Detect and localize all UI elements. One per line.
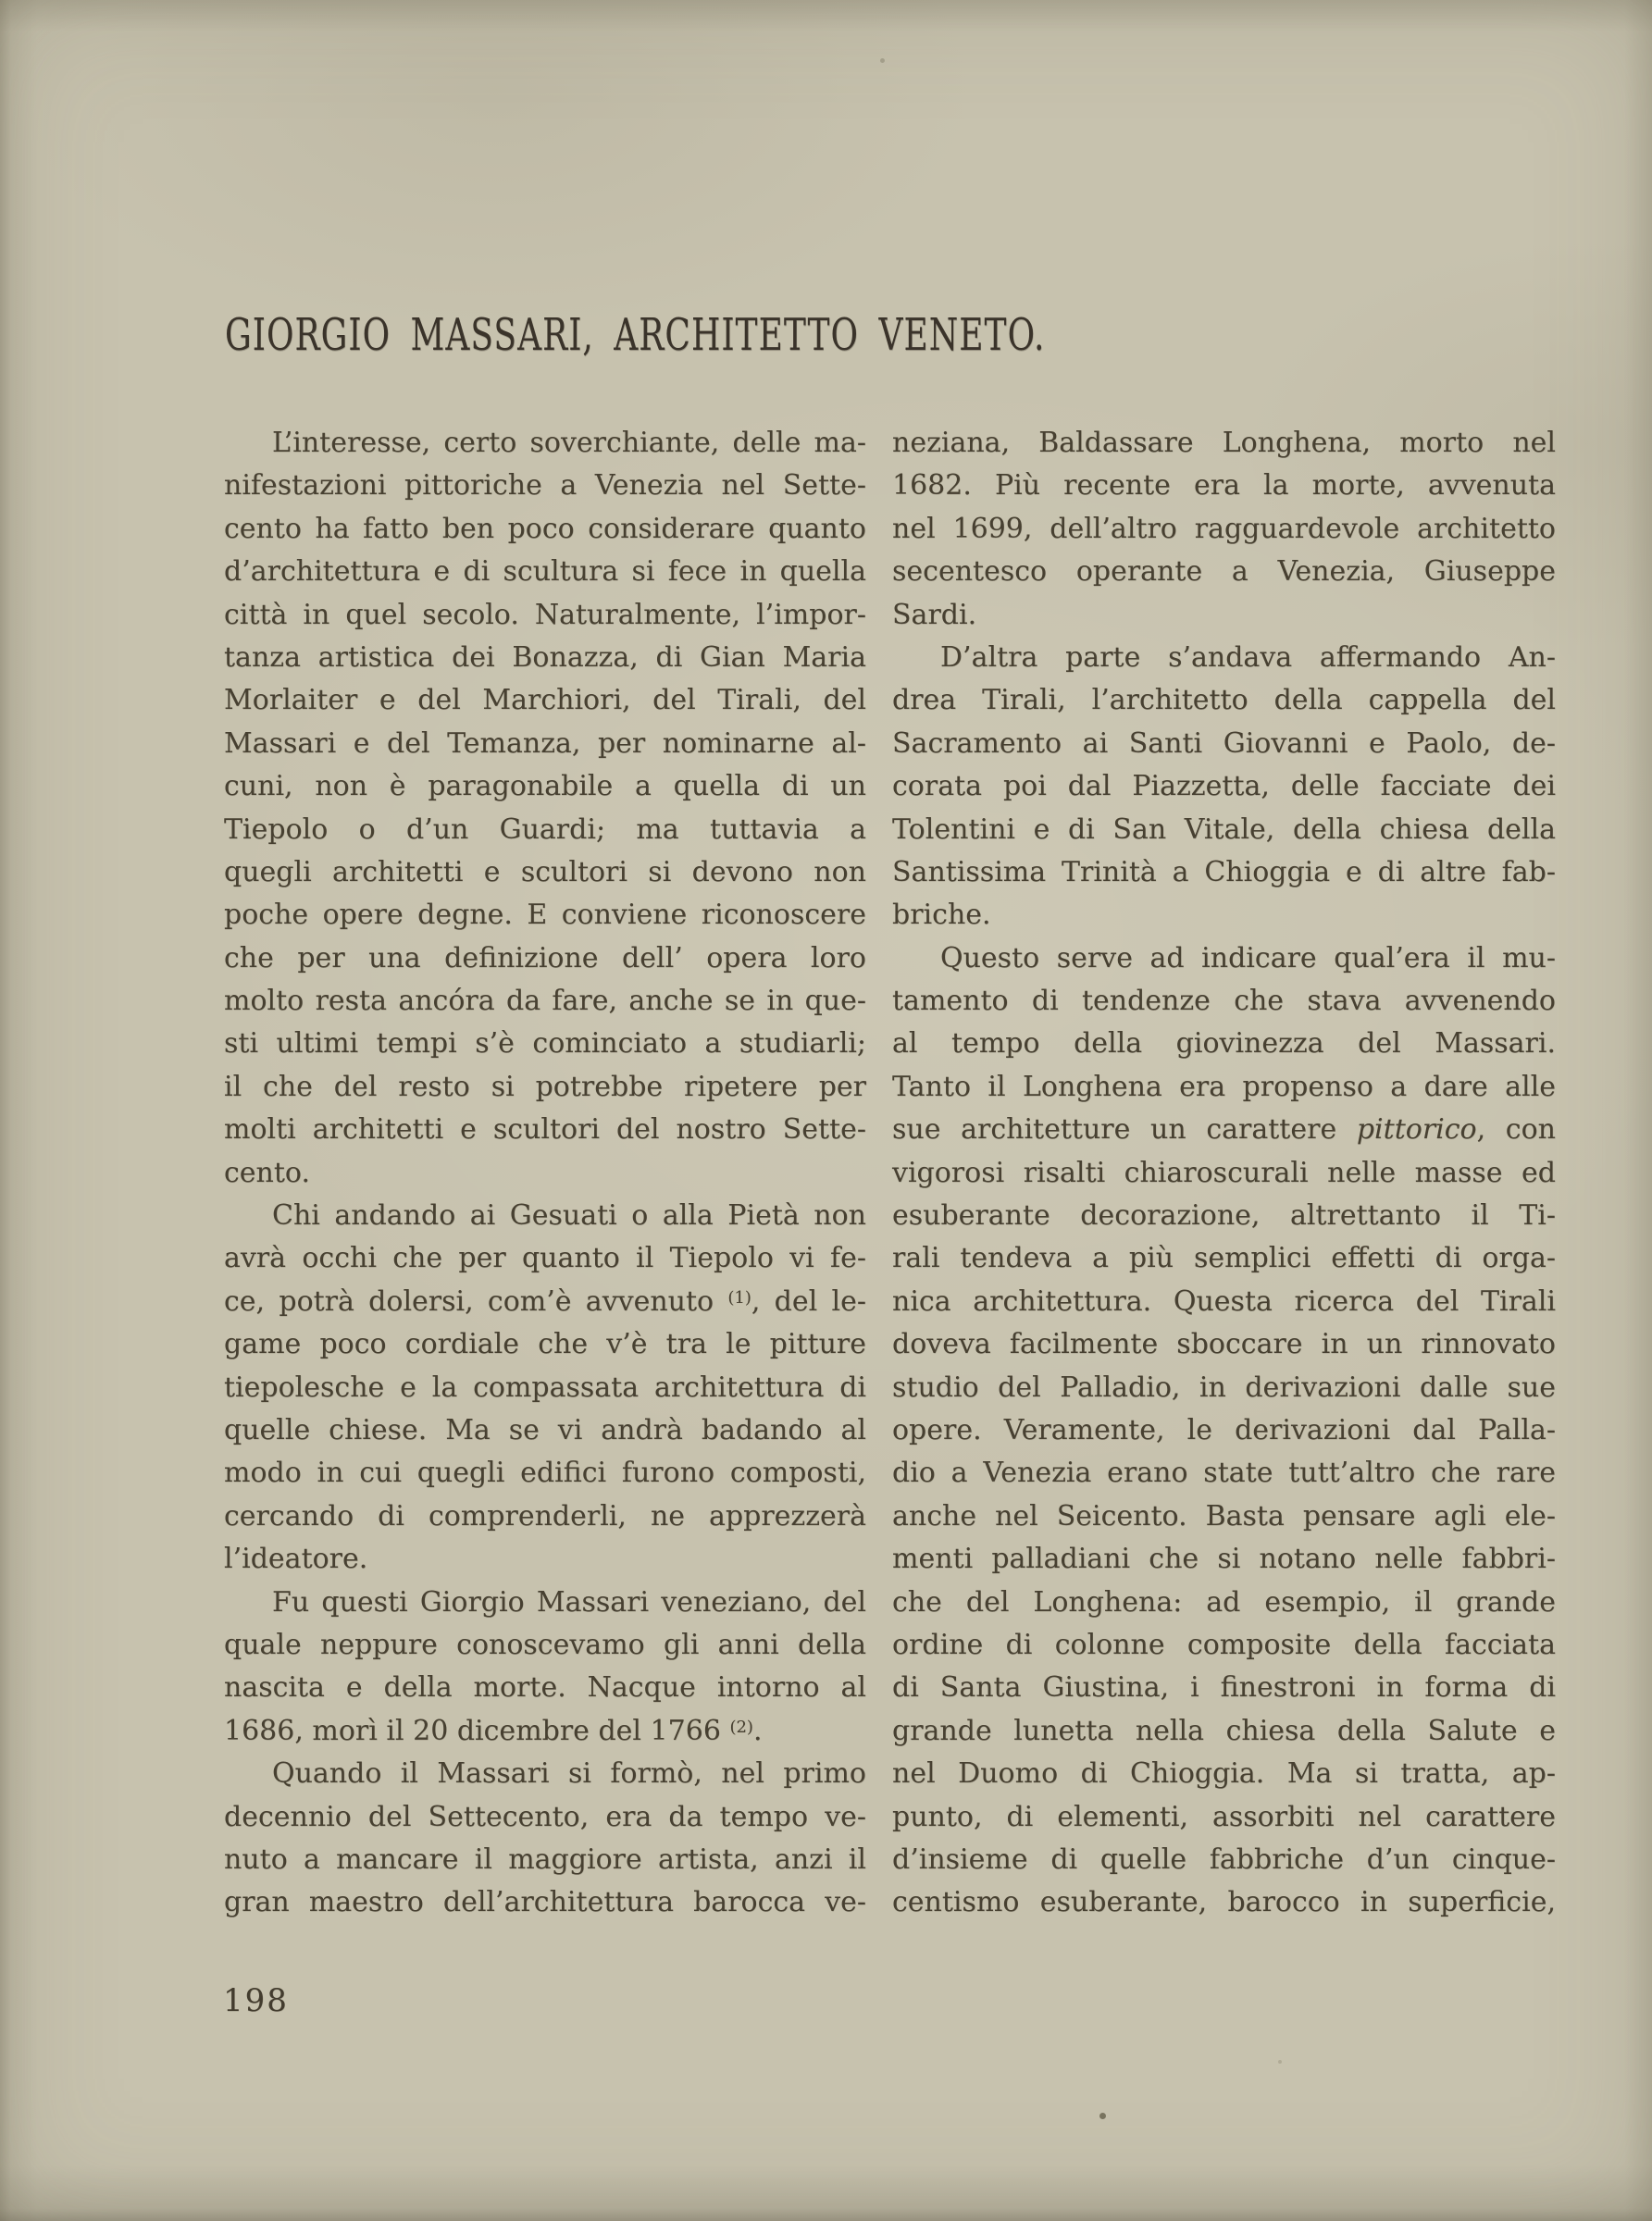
text-line: ce, potrà dolersi, com’è avvenuto (1), d…: [224, 1281, 866, 1323]
text-line: avrà occhi che per quanto il Tiepolo vi …: [224, 1237, 866, 1280]
ink-speck: [880, 58, 885, 63]
text-line: decennio del Settecento, era da tempo ve…: [224, 1796, 866, 1839]
text-line: nascita e della morte. Nacque intorno al: [224, 1667, 866, 1709]
text-line: Sardi.: [892, 594, 1556, 637]
text-line: 1686, morì il 20 dicembre del 1766 (2).: [224, 1710, 866, 1753]
page-number: 198: [223, 1982, 289, 2019]
text-line: cercando di comprenderli, ne apprezzerà: [224, 1495, 866, 1538]
text-line: grande lunetta nella chiesa della Salute…: [892, 1710, 1556, 1753]
text-line: che del Longhena: ad esempio, il grande: [892, 1582, 1556, 1624]
text-line: vigorosi risalti chiaroscurali nelle mas…: [892, 1152, 1556, 1195]
text-line: briche.: [892, 894, 1556, 937]
text-line: ordine di colonne composite della faccia…: [892, 1624, 1556, 1667]
text-line: secentesco operante a Venezia, Giuseppe: [892, 551, 1556, 593]
text-line: rali tendeva a più semplici effetti di o…: [892, 1237, 1556, 1280]
ink-speck: [1099, 2113, 1106, 2119]
text-line: di Santa Giustina, i finestroni in forma…: [892, 1667, 1556, 1709]
text-line: nifestazioni pittoriche a Venezia nel Se…: [224, 465, 866, 507]
text-line: neziana, Baldassare Longhena, morto nel: [892, 422, 1556, 465]
text-line: Questo serve ad indicare qual’era il mu-: [892, 937, 1556, 980]
page-title: GIORGIO MASSARI, ARCHITETTO VENETO.: [225, 311, 1045, 361]
text-line: l’ideatore.: [224, 1538, 866, 1581]
text-line: sti ultimi tempi s’è cominciato a studia…: [224, 1023, 866, 1065]
text-line: nel Duomo di Chioggia. Ma si tratta, ap-: [892, 1753, 1556, 1795]
text-line: Tiepolo o d’un Guardi; ma tuttavia a: [224, 809, 866, 851]
text-column-right: neziana, Baldassare Longhena, morto nel1…: [892, 422, 1556, 1925]
text-line: d’insieme di quelle fabbriche d’un cinqu…: [892, 1839, 1556, 1881]
text-line: modo in cui quegli edifici furono compos…: [224, 1452, 866, 1495]
text-line: Massari e del Temanza, per nominarne al-: [224, 723, 866, 765]
text-line: cuni, non è paragonabile a quella di un: [224, 765, 866, 808]
text-line: 1682. Più recente era la morte, avvenuta: [892, 465, 1556, 507]
text-line: Chi andando ai Gesuati o alla Pietà non: [224, 1195, 866, 1237]
text-line: Sacramento ai Santi Giovanni e Paolo, de…: [892, 723, 1556, 765]
text-line: nuto a mancare il maggiore artista, anzi…: [224, 1839, 866, 1881]
text-line: quegli architetti e scultori si devono n…: [224, 851, 866, 894]
text-line: molto resta ancóra da fare, anche se in …: [224, 980, 866, 1023]
text-line: d’architettura e di scultura si fece in …: [224, 551, 866, 593]
text-line: Tanto il Longhena era propenso a dare al…: [892, 1066, 1556, 1109]
text-line: menti palladiani che si notano nelle fab…: [892, 1538, 1556, 1581]
text-line: al tempo della giovinezza del Massari.: [892, 1023, 1556, 1065]
text-line: Fu questi Giorgio Massari veneziano, del: [224, 1582, 866, 1624]
text-line: Santissima Trinità a Chioggia e di altre…: [892, 851, 1556, 894]
text-line: nel 1699, dell’altro ragguardevole archi…: [892, 508, 1556, 551]
text-line: molti architetti e scultori del nostro S…: [224, 1109, 866, 1151]
text-line: L’interesse, certo soverchiante, delle m…: [224, 422, 866, 465]
text-line: poche opere degne. E conviene riconoscer…: [224, 894, 866, 937]
ink-speck: [1278, 2060, 1282, 2064]
text-line: il che del resto si potrebbe ripetere pe…: [224, 1066, 866, 1109]
text-line: che per una definizione dell’ opera loro: [224, 937, 866, 980]
text-line: cento.: [224, 1152, 866, 1195]
text-line: Quando il Massari si formò, nel primo: [224, 1753, 866, 1795]
text-line: opere. Veramente, le derivazioni dal Pal…: [892, 1409, 1556, 1452]
text-line: quale neppure conoscevamo gli anni della: [224, 1624, 866, 1667]
text-line: studio del Palladio, in derivazioni dall…: [892, 1367, 1556, 1409]
text-line: gran maestro dell’architettura barocca v…: [224, 1881, 866, 1924]
text-line: tamento di tendenze che stava avvenendo: [892, 980, 1556, 1023]
text-line: corata poi dal Piazzetta, delle facciate…: [892, 765, 1556, 808]
text-line: game poco cordiale che v’è tra le pittur…: [224, 1323, 866, 1366]
text-line: anche nel Seicento. Basta pensare agli e…: [892, 1495, 1556, 1538]
book-page: GIORGIO MASSARI, ARCHITETTO VENETO. L’in…: [0, 0, 1652, 2221]
text-line: drea Tirali, l’architetto della cappella…: [892, 679, 1556, 722]
text-line: tanza artistica dei Bonazza, di Gian Mar…: [224, 637, 866, 679]
text-line: tiepolesche e la compassata architettura…: [224, 1367, 866, 1409]
text-line: centismo esuberante, barocco in superfic…: [892, 1881, 1556, 1924]
text-line: città in quel secolo. Naturalmente, l’im…: [224, 594, 866, 637]
text-line: nica architettura. Questa ricerca del Ti…: [892, 1281, 1556, 1323]
text-line: doveva facilmente sboccare in un rinnova…: [892, 1323, 1556, 1366]
text-line: cento ha fatto ben poco considerare quan…: [224, 508, 866, 551]
text-line: Tolentini e di San Vitale, della chiesa …: [892, 809, 1556, 851]
text-column-left: L’interesse, certo soverchiante, delle m…: [224, 422, 866, 1925]
text-line: punto, di elementi, assorbiti nel caratt…: [892, 1796, 1556, 1839]
text-line: dio a Venezia erano state tutt’altro che…: [892, 1452, 1556, 1495]
text-line: quelle chiese. Ma se vi andrà badando al: [224, 1409, 866, 1452]
text-line: sue architetture un carattere pittorico,…: [892, 1109, 1556, 1151]
text-line: Morlaiter e del Marchiori, del Tirali, d…: [224, 679, 866, 722]
text-line: D’altra parte s’andava affermando An-: [892, 637, 1556, 679]
text-line: esuberante decorazione, altrettanto il T…: [892, 1195, 1556, 1237]
